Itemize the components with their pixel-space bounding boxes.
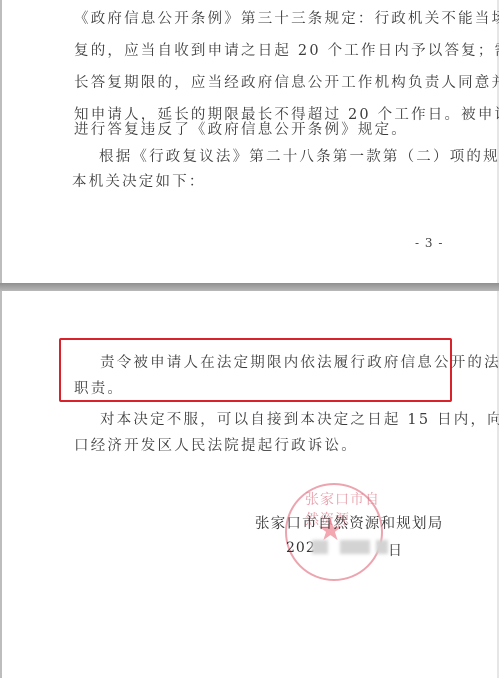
text-line: 口经济开发区人民法院提起行政诉讼。 bbox=[74, 434, 358, 455]
text-line: 复的，应当自收到申请之日起 20 个工作日内予以答复；需要延 bbox=[74, 39, 499, 60]
text-line: 对本决定不服，可以自接到本决定之日起 15 日内，向张家 bbox=[100, 408, 499, 429]
redacted-date bbox=[340, 540, 370, 554]
page-separator bbox=[0, 283, 499, 291]
highlighted-text-line: 责令被申请人在法定期限内依法履行政府信息公开的法定 bbox=[100, 351, 499, 372]
text-line: 根据《行政复议法》第二十八条第一款第（二）项的规定， bbox=[99, 145, 499, 166]
highlighted-text-line: 职责。 bbox=[74, 377, 124, 398]
redacted-date bbox=[312, 540, 328, 554]
redacted-date bbox=[376, 540, 388, 554]
text-line: 进行答复违反了《政府信息公开条例》规定。 bbox=[74, 118, 408, 139]
signing-authority: 张家口市自然资源和规划局 bbox=[255, 512, 443, 533]
text-line: 《政府信息公开条例》第三十三条规定：行政机关不能当场答 bbox=[74, 7, 499, 28]
text-line: 本机关决定如下： bbox=[72, 170, 206, 191]
date-suffix: 日 bbox=[388, 540, 403, 560]
page-number: - 3 - bbox=[415, 236, 443, 250]
document-page-3: 《政府信息公开条例》第三十三条规定：行政机关不能当场答 复的，应当自收到申请之日… bbox=[0, 0, 499, 283]
text-line: 长答复期限的，应当经政府信息公开工作机构负责人同意并告 bbox=[74, 71, 499, 92]
